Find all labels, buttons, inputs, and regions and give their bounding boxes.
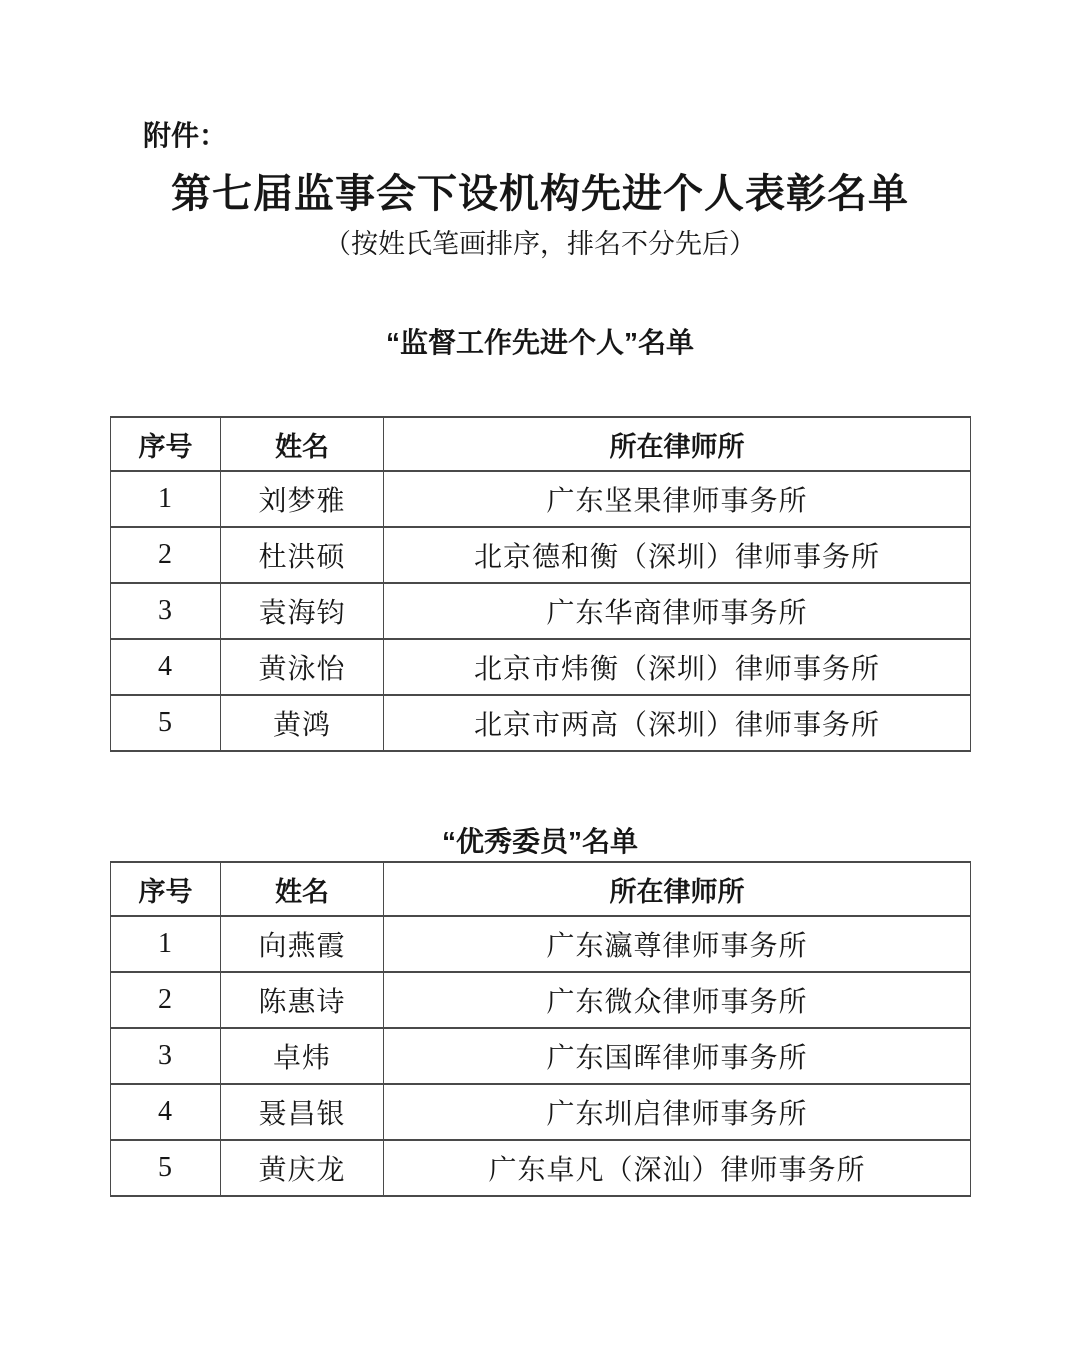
attachment-label: 附件： — [143, 114, 227, 154]
section-title-excellent-members: “优秀委员”名单 — [0, 820, 1080, 860]
cell-name: 聂昌银 — [221, 1084, 384, 1140]
excellent-members-table: 序号 姓名 所在律师所 1 向燕霞 广东瀛尊律师事务所 2 陈惠诗 广东微众律师… — [110, 861, 971, 1197]
section-title-supervision: “监督工作先进个人”名单 — [0, 321, 1080, 361]
cell-name: 杜洪硕 — [221, 527, 384, 583]
column-header-name: 姓名 — [221, 862, 384, 916]
column-header-number: 序号 — [111, 862, 221, 916]
cell-name: 黄庆龙 — [221, 1140, 384, 1196]
cell-firm: 北京德和衡（深圳）律师事务所 — [384, 527, 971, 583]
document-subtitle: （按姓氏笔画排序，排名不分先后） — [0, 222, 1080, 261]
table-row: 1 向燕霞 广东瀛尊律师事务所 — [111, 916, 971, 972]
document-title: 第七届监事会下设机构先进个人表彰名单 — [0, 162, 1080, 219]
cell-firm: 广东瀛尊律师事务所 — [384, 916, 971, 972]
cell-number: 2 — [111, 527, 221, 583]
table-row: 5 黄庆龙 广东卓凡（深汕）律师事务所 — [111, 1140, 971, 1196]
table-row: 5 黄鸿 北京市两高（深圳）律师事务所 — [111, 695, 971, 751]
cell-name: 黄泳怡 — [221, 639, 384, 695]
column-header-number: 序号 — [111, 417, 221, 471]
document-page: 附件： 第七届监事会下设机构先进个人表彰名单 （按姓氏笔画排序，排名不分先后） … — [0, 0, 1080, 1354]
cell-name: 袁海钧 — [221, 583, 384, 639]
cell-name: 卓炜 — [221, 1028, 384, 1084]
cell-number: 3 — [111, 1028, 221, 1084]
cell-number: 1 — [111, 916, 221, 972]
column-header-firm: 所在律师所 — [384, 862, 971, 916]
table-row: 3 卓炜 广东国晖律师事务所 — [111, 1028, 971, 1084]
cell-number: 5 — [111, 695, 221, 751]
table-header-row: 序号 姓名 所在律师所 — [111, 417, 971, 471]
supervision-advanced-individuals-table: 序号 姓名 所在律师所 1 刘梦雅 广东坚果律师事务所 2 杜洪硕 北京德和衡（… — [110, 416, 971, 752]
cell-firm: 北京市两高（深圳）律师事务所 — [384, 695, 971, 751]
cell-firm: 广东微众律师事务所 — [384, 972, 971, 1028]
cell-firm: 广东坚果律师事务所 — [384, 471, 971, 527]
cell-number: 1 — [111, 471, 221, 527]
cell-firm: 北京市炜衡（深圳）律师事务所 — [384, 639, 971, 695]
cell-number: 5 — [111, 1140, 221, 1196]
cell-name: 刘梦雅 — [221, 471, 384, 527]
column-header-firm: 所在律师所 — [384, 417, 971, 471]
column-header-name: 姓名 — [221, 417, 384, 471]
cell-number: 4 — [111, 639, 221, 695]
table-row: 2 杜洪硕 北京德和衡（深圳）律师事务所 — [111, 527, 971, 583]
cell-name: 黄鸿 — [221, 695, 384, 751]
cell-firm: 广东国晖律师事务所 — [384, 1028, 971, 1084]
table-row: 4 聂昌银 广东圳启律师事务所 — [111, 1084, 971, 1140]
cell-number: 4 — [111, 1084, 221, 1140]
cell-number: 2 — [111, 972, 221, 1028]
table-row: 3 袁海钧 广东华商律师事务所 — [111, 583, 971, 639]
cell-firm: 广东卓凡（深汕）律师事务所 — [384, 1140, 971, 1196]
cell-name: 向燕霞 — [221, 916, 384, 972]
cell-name: 陈惠诗 — [221, 972, 384, 1028]
table-row: 4 黄泳怡 北京市炜衡（深圳）律师事务所 — [111, 639, 971, 695]
cell-firm: 广东华商律师事务所 — [384, 583, 971, 639]
cell-number: 3 — [111, 583, 221, 639]
table-row: 2 陈惠诗 广东微众律师事务所 — [111, 972, 971, 1028]
table-row: 1 刘梦雅 广东坚果律师事务所 — [111, 471, 971, 527]
table-header-row: 序号 姓名 所在律师所 — [111, 862, 971, 916]
cell-firm: 广东圳启律师事务所 — [384, 1084, 971, 1140]
